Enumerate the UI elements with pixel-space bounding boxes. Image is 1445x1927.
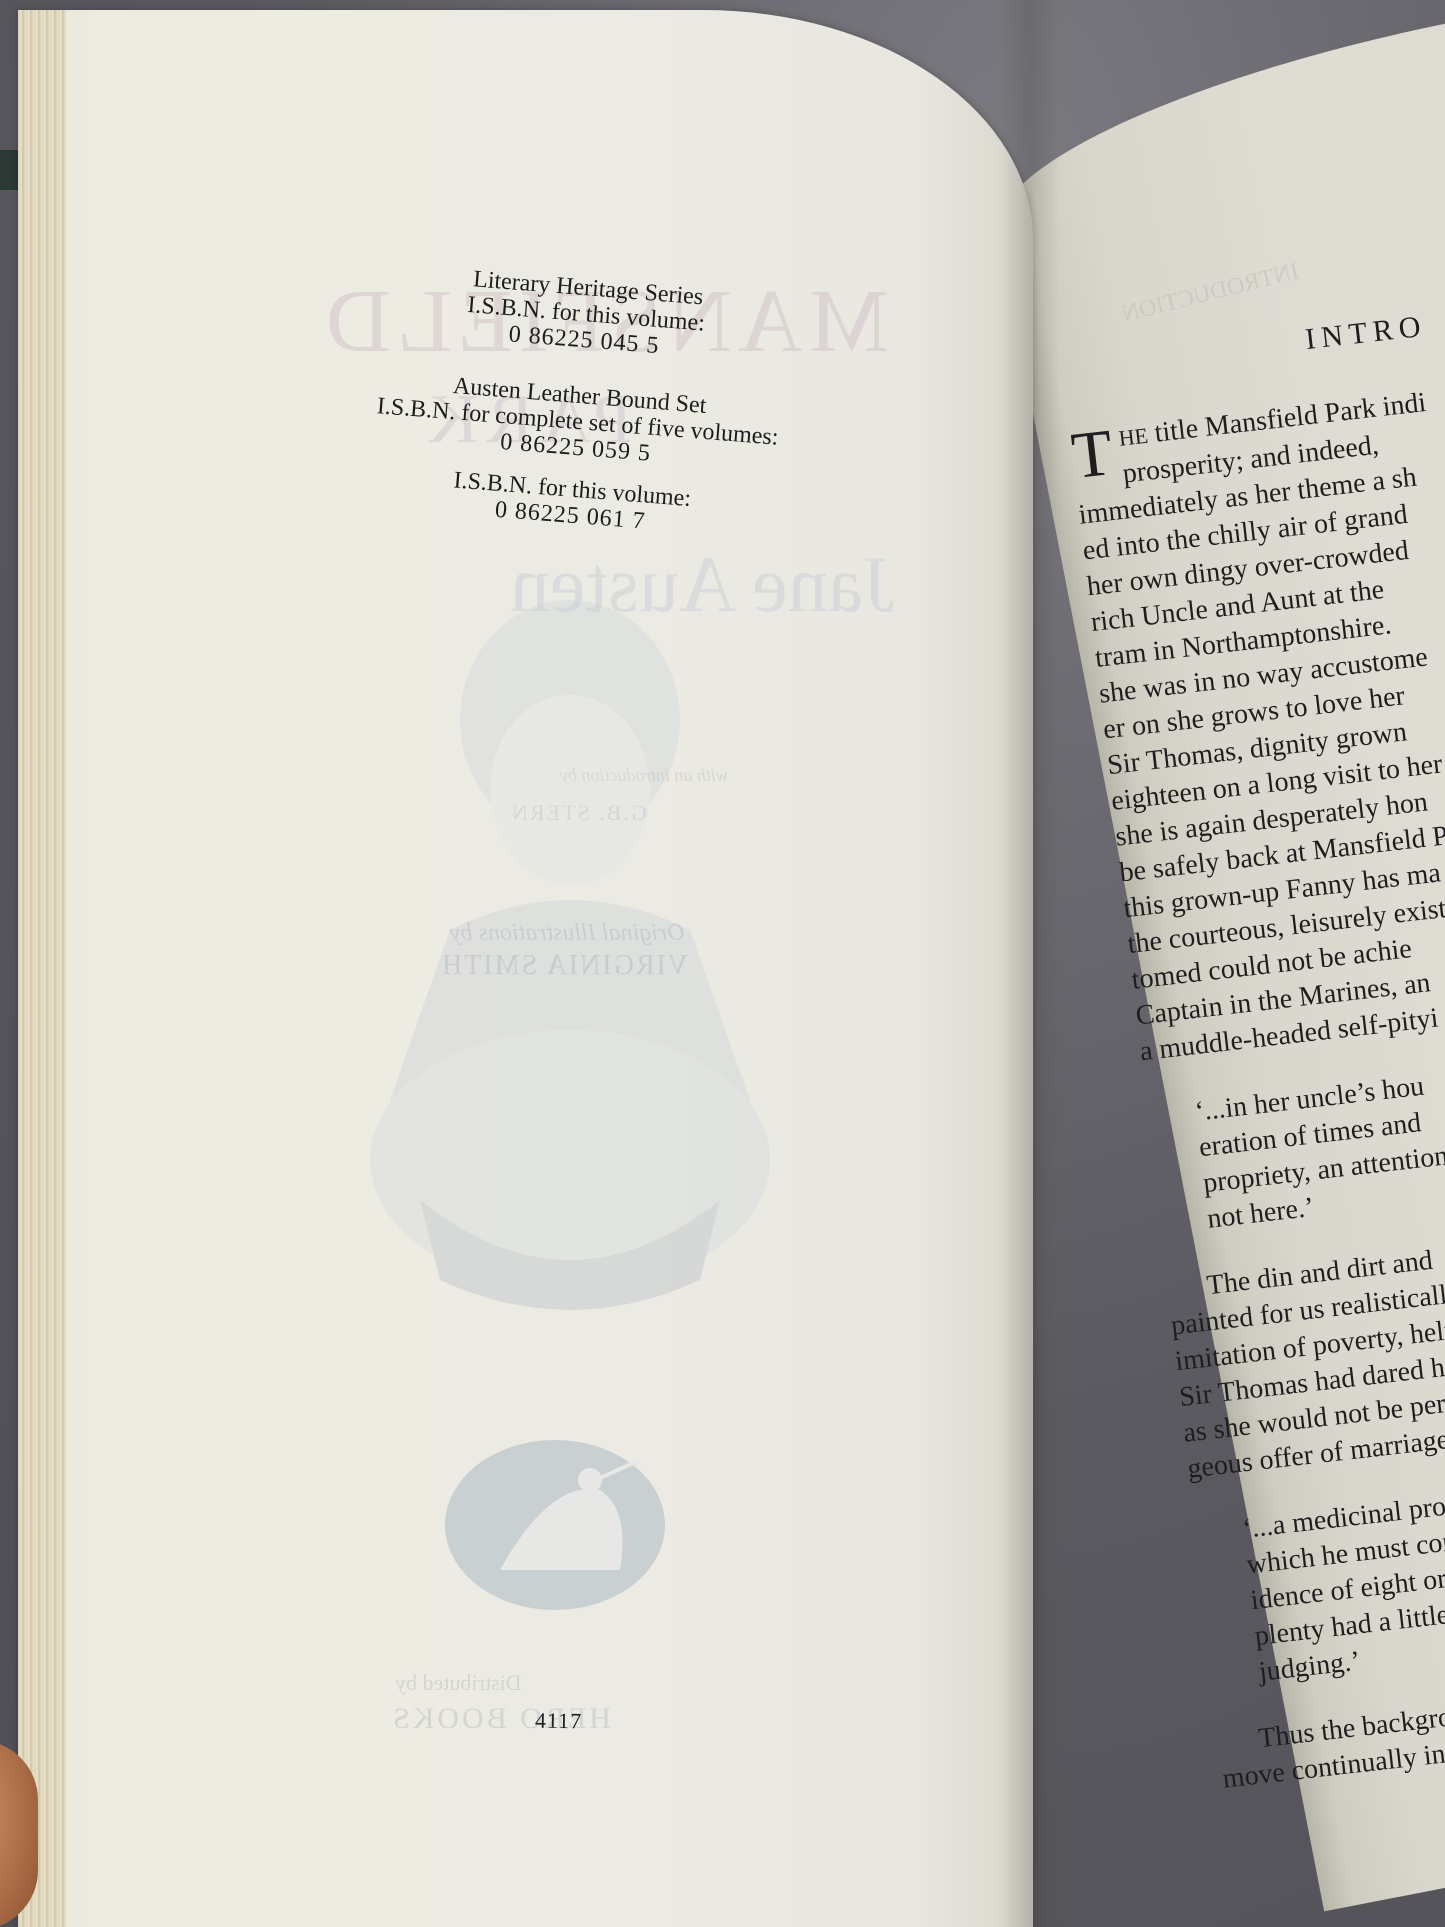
block-quote-1: ‘...in her uncle’s hou eration of times … xyxy=(1193,1037,1445,1238)
show-through-publisher-1: Distributed by xyxy=(395,1670,522,1696)
block-quote-2: ‘...a medicinal pro which he must con id… xyxy=(1241,1454,1445,1691)
printer-code: 4117 xyxy=(535,1708,583,1735)
portrait-illustration-icon xyxy=(300,600,840,1320)
drop-cap: T xyxy=(1069,423,1116,487)
paragraph-2: The din and dirt and painted for us real… xyxy=(1165,1210,1445,1488)
page-edges xyxy=(18,10,66,1927)
copyright-imprint: Literary Heritage Series I.S.B.N. for th… xyxy=(308,255,849,579)
bird-vignette-icon xyxy=(430,1420,680,1620)
